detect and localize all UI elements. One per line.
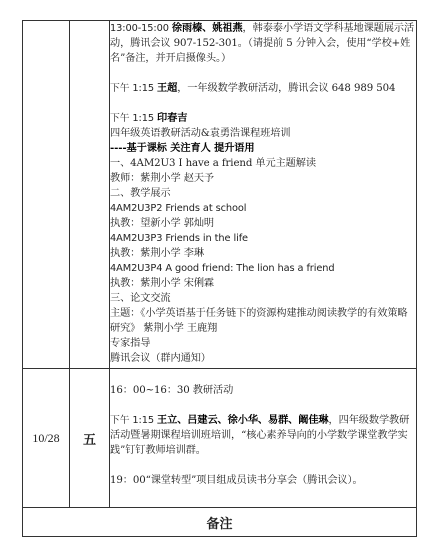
activity-entry: 下午 1:15 王超，一年级数学教研活动，腾讯会议 648 989 504 [110, 81, 416, 96]
activity-line: 执教：望新小学 郭灿明 [110, 216, 416, 231]
table-row: 13:00-15:00 徐雨榛、姚祖燕，韩泰泰小学语文学科基地课题展示活动，腾讯… [23, 21, 417, 369]
activity-entry: 16：00~16：30 教研活动 [110, 383, 416, 398]
activity-line: 主题：《小学英语基于任务链下的资源构建推动阅读教学的有效策略研究》 紫荆小学 王… [110, 306, 416, 336]
activity-cell: 13:00-15:00 徐雨榛、姚祖燕，韩泰泰小学语文学科基地课题展示活动，腾讯… [110, 21, 417, 369]
weekday-cell [70, 21, 110, 369]
activity-line: 4AM2U3P4 A good friend: The lion has a f… [110, 261, 416, 276]
participant-names: 王立、吕建云、徐小华、易群、阚佳琳 [157, 414, 329, 426]
activity-line: 一、4AM2U3 I have a friend 单元主题解读 [110, 156, 416, 171]
participant-names: 印春吉 [157, 112, 187, 124]
date-cell: 10/28 [23, 369, 70, 508]
activity-line: 教师：紫荆小学 赵天予 [110, 171, 416, 186]
activity-line: ----基于课标 关注育人 提升语用 [110, 141, 416, 156]
activity-line: 二、教学展示 [110, 186, 416, 201]
schedule-table: 13:00-15:00 徐雨榛、姚祖燕，韩泰泰小学语文学科基地课题展示活动，腾讯… [22, 20, 417, 537]
activity-entry: 下午 1:15 印春吉 [110, 111, 416, 126]
activity-line: 专家指导 [110, 336, 416, 351]
notes-row: 备注 [23, 508, 417, 537]
activity-line: 腾讯会议（群内通知） [110, 351, 416, 366]
activity-line: 三、论文交流 [110, 291, 416, 306]
activity-line: 四年级英语教研活动&袁勇浩课程班培训 [110, 126, 416, 141]
activity-entry: 下午 1:15 王立、吕建云、徐小华、易群、阚佳琳，四年级数学教研活动暨暑期课程… [110, 413, 416, 458]
activity-line: 4AM2U3P3 Friends in the life [110, 231, 416, 246]
activity-entry: 19：00“课堂转型”项目组成员读书分享会（腾讯会议）。 [110, 473, 416, 488]
date-cell [23, 21, 70, 369]
activity-cell: 16：00~16：30 教研活动 下午 1:15 王立、吕建云、徐小华、易群、阚… [110, 369, 417, 508]
participant-names: 徐雨榛、姚祖燕 [172, 22, 243, 34]
activity-line: 执教：紫荆小学 李琳 [110, 246, 416, 261]
notes-label: 备注 [23, 508, 417, 537]
weekday-cell: 五 [70, 369, 110, 508]
table-row: 10/28 五 16：00~16：30 教研活动 下午 1:15 王立、吕建云、… [23, 369, 417, 508]
participant-names: 王超 [157, 82, 177, 94]
activity-entry: 13:00-15:00 徐雨榛、姚祖燕，韩泰泰小学语文学科基地课题展示活动，腾讯… [110, 21, 416, 66]
activity-line: 执教：紫荆小学 宋俐霖 [110, 276, 416, 291]
activity-line: 4AM2U3P2 Friends at school [110, 201, 416, 216]
